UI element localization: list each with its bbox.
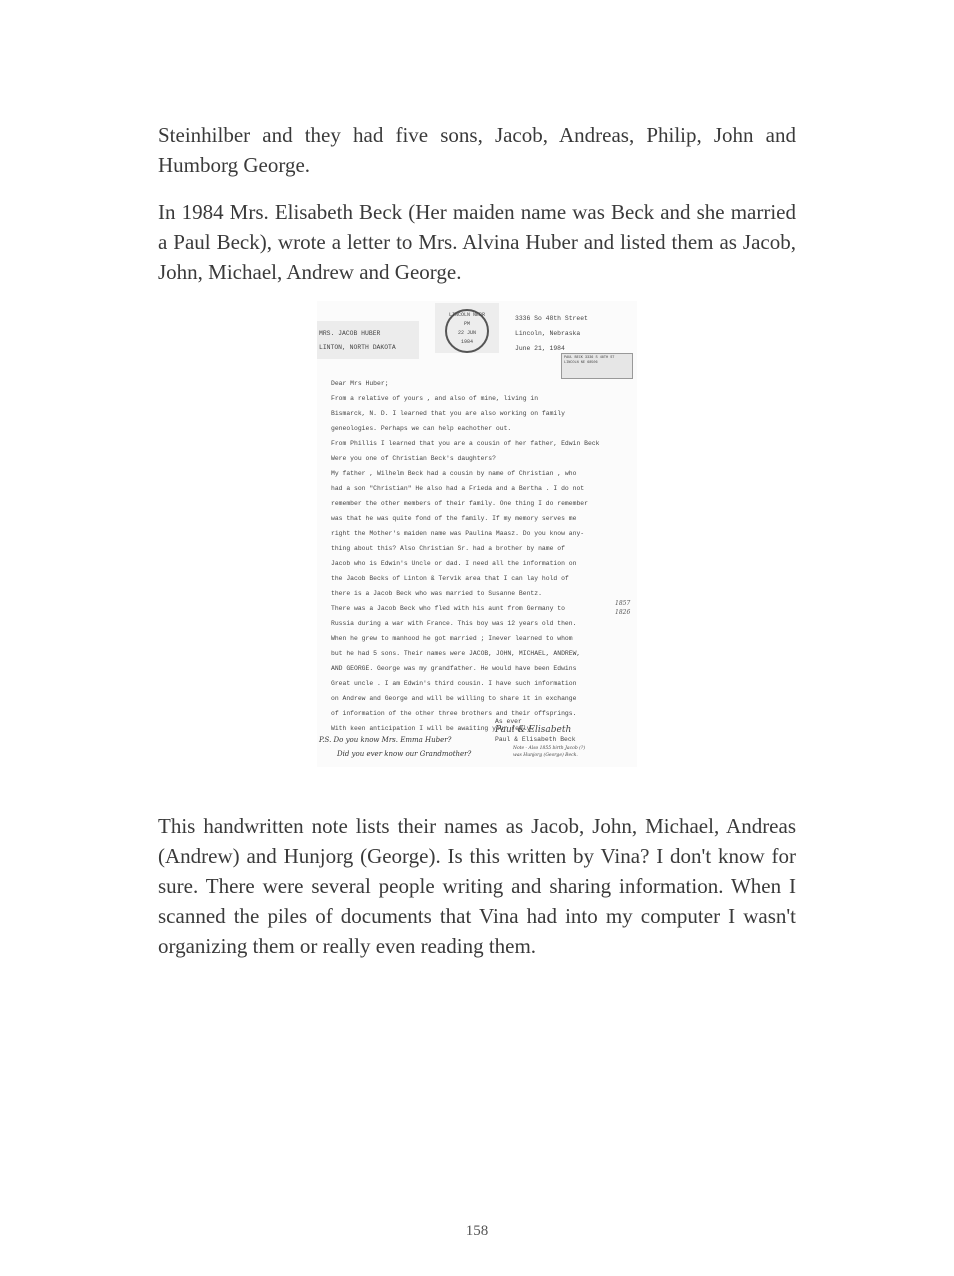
signature: Paul & Elisabeth (495, 726, 576, 735)
letter-line: the Jacob Becks of Linton & Tervik area … (331, 571, 635, 586)
letter-closing: As ever Paul & Elisabeth Paul & Elisabet… (495, 717, 576, 744)
postmark-time: PM (447, 320, 487, 329)
letter-line: When he grew to manhood he got married ;… (331, 631, 635, 646)
letter-line: of information of the other three brothe… (331, 706, 635, 721)
margin-note-line: 1826 (615, 608, 630, 617)
paragraph-1984-letter: In 1984 Mrs. Elisabeth Beck (Her maiden … (158, 197, 796, 287)
recipient-name: MRS. JACOB HUBER (319, 327, 419, 341)
letter-line: thing about this? Also Christian Sr. had… (331, 541, 635, 556)
paragraph-handwritten-note: This handwritten note lists their names … (158, 811, 796, 961)
postscript-line: Did you ever know our Grandmother? (319, 747, 471, 761)
postscript-line: P.S. Do you know Mrs. Emma Huber? (319, 733, 471, 747)
page-number: 158 (0, 1223, 954, 1240)
paragraph-sons: Steinhilber and they had five sons, Jaco… (158, 120, 796, 180)
sender-street: 3336 So 48th Street (515, 311, 588, 326)
postmark-city: LINCOLN NEBR (447, 311, 487, 320)
letter-lines: From a relative of yours , and also of m… (331, 391, 635, 736)
handwritten-note-line: was Hunjorg (George) Beck. (513, 752, 585, 759)
letter-line: Great uncle . I am Edwin's third cousin.… (331, 676, 635, 691)
letter-line: Bismarck, N. D. I learned that you are a… (331, 406, 635, 421)
postmark-date: 22 JUN (447, 329, 487, 338)
sender-names: Paul & Elisabeth Beck (495, 735, 576, 744)
letter-line: Jacob who is Edwin's Uncle or dad. I nee… (331, 556, 635, 571)
letter-line: remember the other members of their fami… (331, 496, 635, 511)
margin-note-line: 1857 (615, 599, 630, 608)
recipient-address: MRS. JACOB HUBER LINTON, NORTH DAKOTA (317, 321, 419, 359)
letter-line: on Andrew and George and will be willing… (331, 691, 635, 706)
letter-line: but he had 5 sons. Their names were JACO… (331, 646, 635, 661)
letter-line: there is a Jacob Beck who was married to… (331, 586, 635, 601)
letter-body: Dear Mrs Huber; From a relative of yours… (331, 376, 635, 736)
handwritten-note-line: Note - Also 1855 birth Jacob (?) (513, 745, 585, 752)
handwritten-note: Note - Also 1855 birth Jacob (?) was Hun… (513, 745, 585, 759)
sender-city: Lincoln, Nebraska (515, 326, 588, 341)
postmark-year: 1984 (447, 338, 487, 347)
salutation: Dear Mrs Huber; (331, 376, 635, 391)
letter-line: There was a Jacob Beck who fled with his… (331, 601, 635, 616)
scanned-letter-image: MRS. JACOB HUBER LINTON, NORTH DAKOTA LI… (317, 301, 637, 767)
margin-note: 1857 1826 (615, 599, 630, 617)
sender-address: 3336 So 48th Street Lincoln, Nebraska Ju… (515, 311, 588, 356)
letter-line: From a relative of yours , and also of m… (331, 391, 635, 406)
postmark-icon: LINCOLN NEBR PM 22 JUN 1984 (445, 309, 489, 353)
letter-line: AND GEORGE. George was my grandfather. H… (331, 661, 635, 676)
letter-line: right the Mother's maiden name was Pauli… (331, 526, 635, 541)
handwritten-postscript: P.S. Do you know Mrs. Emma Huber? Did yo… (319, 733, 471, 761)
letter-line: geneologies. Perhaps we can help eachoth… (331, 421, 635, 436)
recipient-town: LINTON, NORTH DAKOTA (319, 341, 419, 355)
letter-line: was that he was quite fond of the family… (331, 511, 635, 526)
document-page: Steinhilber and they had five sons, Jaco… (0, 0, 954, 1276)
letter-line: My father , Wilhelm Beck had a cousin by… (331, 466, 635, 481)
letter-line: had a son "Christian" He also had a Frie… (331, 481, 635, 496)
letter-line: Russia during a war with France. This bo… (331, 616, 635, 631)
letter-line: From Phillis I learned that you are a co… (331, 436, 635, 451)
letter-line: Were you one of Christian Beck's daughte… (331, 451, 635, 466)
